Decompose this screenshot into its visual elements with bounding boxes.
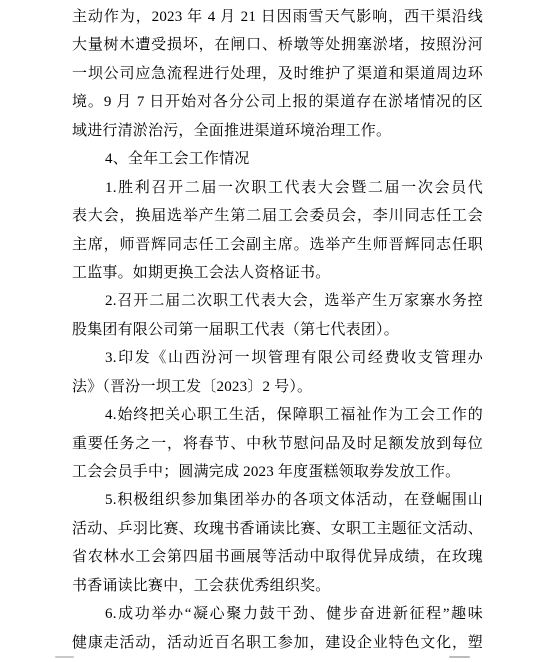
text-line: 表大会，换届选举产生第二届工会委员会，李川同志任工会 bbox=[72, 202, 483, 230]
text-line: 健康走活动，活动近百名职工参加，建设企业特色文化，塑 bbox=[72, 629, 483, 657]
text-line: 工会会员手中；圆满完成 2023 年度蛋糕领取券发放工作。 bbox=[72, 458, 483, 486]
paragraph: 4、全年工会工作情况 bbox=[72, 145, 483, 173]
text-line: 2.召开二届二次职工代表大会，选举产生万家寨水务控 bbox=[72, 287, 483, 315]
paragraph: 3.印发《山西汾河一坝管理有限公司经费收支管理办法》（晋汾一坝工发〔2023〕2… bbox=[72, 344, 483, 401]
text-line: 1.胜利召开二届一次职工代表大会暨二届一次会员代 bbox=[72, 174, 483, 202]
paragraph: 6.成功举办“凝心聚力鼓干劲、健步奋进新征程”趣味健康走活动，活动近百名职工参加… bbox=[72, 600, 483, 657]
text-line: 一坝公司应急流程进行处理，及时维护了渠道和渠道周边环 bbox=[72, 60, 483, 88]
document-page: 主动作为，2023 年 4 月 21 日因雨雪天气影响，西干渠沿线大量树木遭受损… bbox=[0, 0, 544, 662]
text-line: 大量树木遭受损坏，在闸口、桥墩等处拥塞淤堵，按照汾河 bbox=[72, 31, 483, 59]
text-line: 4.始终把关心职工生活，保障职工福祉作为工会工作的 bbox=[72, 401, 483, 429]
paragraph: 2.召开二届二次职工代表大会，选举产生万家寨水务控股集团有限公司第一届职工代表（… bbox=[72, 287, 483, 344]
text-line: 域进行清淤治污，全面推进渠道环境治理工作。 bbox=[72, 117, 483, 145]
text-line: 主动作为，2023 年 4 月 21 日因雨雪天气影响，西干渠沿线 bbox=[72, 3, 483, 31]
text-line: 5.积极组织参加集团举办的各项文体活动，在登崛围山 bbox=[72, 486, 483, 514]
text-line: 书香诵读比赛中，工会获优秀组织奖。 bbox=[72, 572, 483, 600]
paragraph: 4.始终把关心职工生活，保障职工福祉作为工会工作的重要任务之一，将春节、中秋节慰… bbox=[72, 401, 483, 486]
page-bottom-mark-right bbox=[449, 656, 470, 658]
text-line: 主席，师晋辉同志任工会副主席。选举产生师晋辉同志任职 bbox=[72, 231, 483, 259]
text-line: 4、全年工会工作情况 bbox=[72, 145, 483, 173]
text-line: 6.成功举办“凝心聚力鼓干劲、健步奋进新征程”趣味 bbox=[72, 600, 483, 628]
text-line: 重要任务之一，将春节、中秋节慰问品及时足额发放到每位 bbox=[72, 430, 483, 458]
paragraph: 5.积极组织参加集团举办的各项文体活动，在登崛围山活动、乒羽比赛、玫瑰书香诵读比… bbox=[72, 486, 483, 600]
text-line: 工监事。如期更换工会法人资格证书。 bbox=[72, 259, 483, 287]
page-bottom-mark-left bbox=[55, 656, 74, 658]
paragraph: 主动作为，2023 年 4 月 21 日因雨雪天气影响，西干渠沿线大量树木遭受损… bbox=[72, 3, 483, 145]
document-text-block: 主动作为，2023 年 4 月 21 日因雨雪天气影响，西干渠沿线大量树木遭受损… bbox=[72, 3, 483, 657]
text-line: 3.印发《山西汾河一坝管理有限公司经费收支管理办 bbox=[72, 344, 483, 372]
text-line: 境。9 月 7 日开始对各分公司上报的渠道存在淤堵情况的区 bbox=[72, 88, 483, 116]
paragraph: 1.胜利召开二届一次职工代表大会暨二届一次会员代表大会，换届选举产生第二届工会委… bbox=[72, 174, 483, 288]
text-line: 法》（晋汾一坝工发〔2023〕2 号）。 bbox=[72, 373, 483, 401]
text-line: 股集团有限公司第一届职工代表（第七代表团）。 bbox=[72, 316, 483, 344]
text-line: 省农林水工会第四届书画展等活动中取得优异成绩，在玫瑰 bbox=[72, 543, 483, 571]
text-line: 活动、乒羽比赛、玫瑰书香诵读比赛、女职工主题征文活动、 bbox=[72, 515, 483, 543]
